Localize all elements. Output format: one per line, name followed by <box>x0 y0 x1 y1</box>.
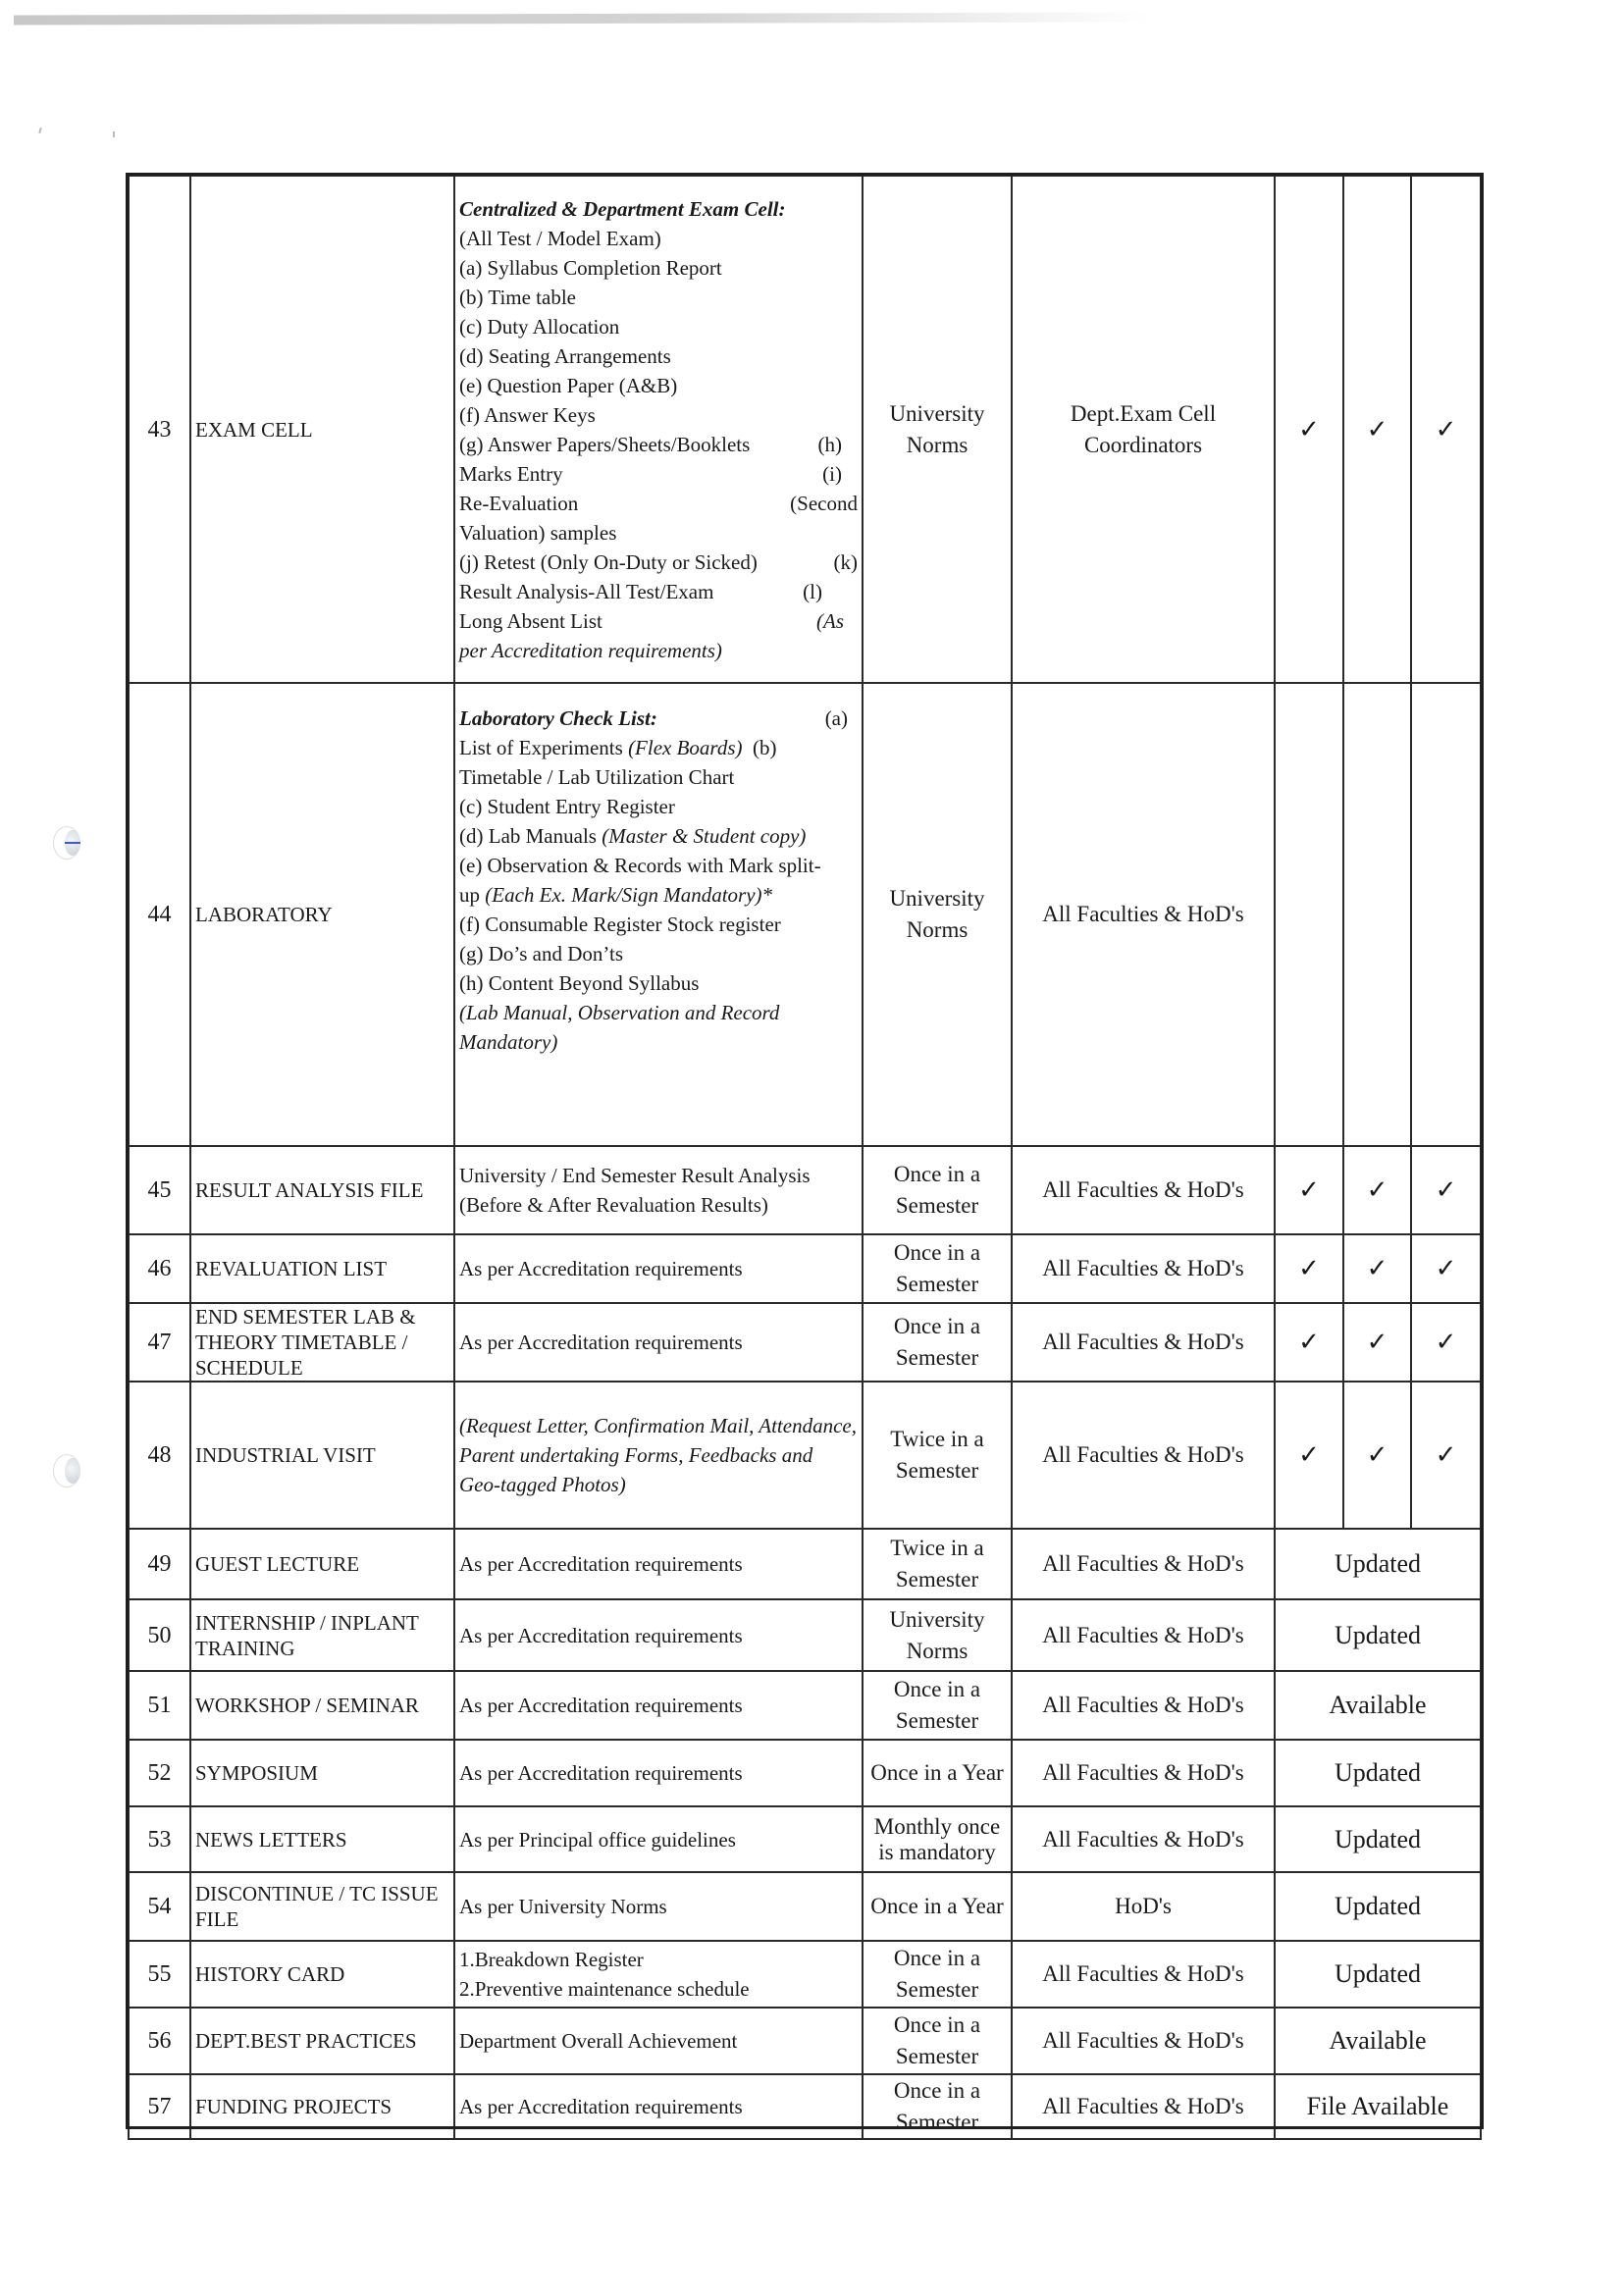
punch-hole-icon <box>53 826 80 860</box>
checkmark-cell <box>1343 683 1411 1146</box>
table-row: 45 RESULT ANALYSIS FILE University / End… <box>129 1146 1481 1234</box>
item-name: SYMPOSIUM <box>190 1740 454 1806</box>
description-line: List of Experiments (Flex Boards) (b) <box>459 733 858 762</box>
responsibility: All Faculties & HoD's <box>1012 2008 1275 2074</box>
description-line: (c) Duty Allocation <box>459 312 858 341</box>
description-line: (j) Retest (Only On-Duty or Sicked)(k) <box>459 548 858 577</box>
description-line: (d) Seating Arrangements <box>459 341 858 371</box>
description-line: (d) Lab Manuals (Master & Student copy) <box>459 821 858 851</box>
item-description: As per Accreditation requirements <box>454 1740 863 1806</box>
item-description: Laboratory Check List:(a) List of Experi… <box>454 683 863 1146</box>
item-name: GUEST LECTURE <box>190 1529 454 1599</box>
table-row: 57 FUNDING PROJECTS As per Accreditation… <box>129 2074 1481 2139</box>
checkmark-cell <box>1411 683 1481 1146</box>
table-row: 56 DEPT.BEST PRACTICES Department Overal… <box>129 2008 1481 2074</box>
description-heading: Laboratory Check List:(a) <box>459 704 858 733</box>
responsibility: All Faculties & HoD's <box>1012 1941 1275 2008</box>
item-name: DISCONTINUE / TC ISSUE FILE <box>190 1872 454 1941</box>
description-line: (g) Answer Papers/Sheets/Booklets(h) <box>459 430 858 459</box>
item-name: NEWS LETTERS <box>190 1806 454 1872</box>
table-row: 44 LABORATORY Laboratory Check List:(a) … <box>129 683 1481 1146</box>
description-line: (b) Time table <box>459 283 858 312</box>
item-name: HISTORY CARD <box>190 1941 454 2008</box>
serial-number: 45 <box>129 1146 190 1234</box>
responsibility: Dept.Exam Cell Coordinators <box>1012 176 1275 683</box>
checklist-table: 43 EXAM CELL Centralized & Department Ex… <box>128 175 1482 2140</box>
status: File Available <box>1275 2074 1481 2139</box>
status: Updated <box>1275 1529 1481 1599</box>
punch-hole-icon <box>53 1454 80 1487</box>
table-row: 55 HISTORY CARD 1.Breakdown Register 2.P… <box>129 1941 1481 2008</box>
item-description: Department Overall Achievement <box>454 2008 863 2074</box>
frequency: University Norms <box>863 176 1012 683</box>
serial-number: 57 <box>129 2074 190 2139</box>
table-row: 47 END SEMESTER LAB & THEORY TIMETABLE /… <box>129 1303 1481 1382</box>
frequency: Once in a Semester <box>863 1146 1012 1234</box>
responsibility: All Faculties & HoD's <box>1012 1806 1275 1872</box>
item-description: As per Accreditation requirements <box>454 1234 863 1303</box>
serial-number: 56 <box>129 2008 190 2074</box>
item-description: As per University Norms <box>454 1872 863 1941</box>
checkmark-icon: ✓ <box>1343 1303 1411 1382</box>
checkmark-icon: ✓ <box>1343 1234 1411 1303</box>
item-description: As per Accreditation requirements <box>454 2074 863 2139</box>
item-name: WORKSHOP / SEMINAR <box>190 1671 454 1740</box>
frequency: Twice in a Semester <box>863 1529 1012 1599</box>
checkmark-icon: ✓ <box>1411 1382 1481 1529</box>
frequency: Twice in a Semester <box>863 1382 1012 1529</box>
serial-number: 46 <box>129 1234 190 1303</box>
item-description: Centralized & Department Exam Cell: (All… <box>454 176 863 683</box>
frequency: Once in a Year <box>863 1872 1012 1941</box>
responsibility: All Faculties & HoD's <box>1012 1671 1275 1740</box>
table-row: 51 WORKSHOP / SEMINAR As per Accreditati… <box>129 1671 1481 1740</box>
description-line: (f) Consumable Register Stock register <box>459 910 858 939</box>
item-name: INDUSTRIAL VISIT <box>190 1382 454 1529</box>
table-row: 43 EXAM CELL Centralized & Department Ex… <box>129 176 1481 683</box>
frequency: Once in a Semester <box>863 1303 1012 1382</box>
description-line: Timetable / Lab Utilization Chart <box>459 762 858 792</box>
frequency: Once in a Semester <box>863 1941 1012 2008</box>
serial-number: 49 <box>129 1529 190 1599</box>
checkmark-icon: ✓ <box>1275 1234 1343 1303</box>
description-line: Re-Evaluation(Second <box>459 489 858 518</box>
responsibility: All Faculties & HoD's <box>1012 1382 1275 1529</box>
description-line: Long Absent List(As <box>459 606 858 636</box>
description-line: (f) Answer Keys <box>459 400 858 430</box>
serial-number: 44 <box>129 683 190 1146</box>
responsibility: HoD's <box>1012 1872 1275 1941</box>
checkmark-icon: ✓ <box>1275 1146 1343 1234</box>
frequency: Once in a Semester <box>863 1671 1012 1740</box>
table-row: 49 GUEST LECTURE As per Accreditation re… <box>129 1529 1481 1599</box>
item-name: EXAM CELL <box>190 176 454 683</box>
serial-number: 53 <box>129 1806 190 1872</box>
checkmark-icon: ✓ <box>1275 1382 1343 1529</box>
serial-number: 50 <box>129 1599 190 1671</box>
description-line: up (Each Ex. Mark/Sign Mandatory)* <box>459 880 858 910</box>
item-name: DEPT.BEST PRACTICES <box>190 2008 454 2074</box>
description-line: (All Test / Model Exam) <box>459 224 858 253</box>
responsibility: All Faculties & HoD's <box>1012 1234 1275 1303</box>
table-row: 52 SYMPOSIUM As per Accreditation requir… <box>129 1740 1481 1806</box>
scan-speck <box>38 128 41 133</box>
checkmark-icon: ✓ <box>1411 176 1481 683</box>
status: Available <box>1275 1671 1481 1740</box>
table-row: 54 DISCONTINUE / TC ISSUE FILE As per Un… <box>129 1872 1481 1941</box>
description-heading: Centralized & Department Exam Cell: <box>459 194 858 224</box>
item-description: As per Accreditation requirements <box>454 1671 863 1740</box>
item-name: RESULT ANALYSIS FILE <box>190 1146 454 1234</box>
responsibility: All Faculties & HoD's <box>1012 1529 1275 1599</box>
frequency: University Norms <box>863 683 1012 1146</box>
checkmark-icon: ✓ <box>1411 1234 1481 1303</box>
scan-artifact-strip <box>14 12 1152 25</box>
description-line: (e) Question Paper (A&B) <box>459 371 858 400</box>
serial-number: 54 <box>129 1872 190 1941</box>
serial-number: 48 <box>129 1382 190 1529</box>
description-line: 1.Breakdown Register <box>459 1945 858 1974</box>
serial-number: 52 <box>129 1740 190 1806</box>
item-name: END SEMESTER LAB & THEORY TIMETABLE / SC… <box>190 1303 454 1382</box>
serial-number: 43 <box>129 176 190 683</box>
item-description: As per Accreditation requirements <box>454 1303 863 1382</box>
frequency: Once in a Semester <box>863 2008 1012 2074</box>
item-description: University / End Semester Result Analysi… <box>454 1146 863 1234</box>
description-line: (g) Do’s and Don’ts <box>459 939 858 968</box>
status: Updated <box>1275 1599 1481 1671</box>
frequency: Once in a Year <box>863 1740 1012 1806</box>
responsibility: All Faculties & HoD's <box>1012 1740 1275 1806</box>
responsibility: All Faculties & HoD's <box>1012 683 1275 1146</box>
status: Updated <box>1275 1806 1481 1872</box>
frequency: Once in a Semester <box>863 1234 1012 1303</box>
responsibility: All Faculties & HoD's <box>1012 1303 1275 1382</box>
frequency: Once in a Semester <box>863 2074 1012 2139</box>
item-description: (Request Letter, Confirmation Mail, Atte… <box>454 1382 863 1529</box>
description-line: (a) Syllabus Completion Report <box>459 253 858 283</box>
table-row: 53 NEWS LETTERS As per Principal office … <box>129 1806 1481 1872</box>
item-description: As per Accreditation requirements <box>454 1599 863 1671</box>
checkmark-icon: ✓ <box>1275 1303 1343 1382</box>
description-line: 2.Preventive maintenance schedule <box>459 1974 858 2004</box>
status: Updated <box>1275 1941 1481 2008</box>
responsibility: All Faculties & HoD's <box>1012 2074 1275 2139</box>
description-line: Valuation) samples <box>459 518 858 548</box>
description-line: Marks Entry(i) <box>459 459 858 489</box>
item-name: REVALUATION LIST <box>190 1234 454 1303</box>
table-row: 50 INTERNSHIP / INPLANT TRAINING As per … <box>129 1599 1481 1671</box>
table-row: 48 INDUSTRIAL VISIT (Request Letter, Con… <box>129 1382 1481 1529</box>
description-line: Result Analysis-All Test/Exam(l) <box>459 577 858 606</box>
status: Available <box>1275 2008 1481 2074</box>
checkmark-icon: ✓ <box>1411 1303 1481 1382</box>
description-line: (e) Observation & Records with Mark spli… <box>459 851 858 880</box>
serial-number: 51 <box>129 1671 190 1740</box>
item-name: INTERNSHIP / INPLANT TRAINING <box>190 1599 454 1671</box>
checkmark-icon: ✓ <box>1343 1382 1411 1529</box>
frequency: Monthly once is mandatory <box>863 1806 1012 1872</box>
checkmark-icon: ✓ <box>1343 1146 1411 1234</box>
status: Updated <box>1275 1872 1481 1941</box>
checkmark-icon: ✓ <box>1343 176 1411 683</box>
serial-number: 55 <box>129 1941 190 2008</box>
item-name: LABORATORY <box>190 683 454 1146</box>
item-name: FUNDING PROJECTS <box>190 2074 454 2139</box>
responsibility: All Faculties & HoD's <box>1012 1599 1275 1671</box>
frequency: University Norms <box>863 1599 1012 1671</box>
status: Updated <box>1275 1740 1481 1806</box>
checkmark-icon: ✓ <box>1411 1146 1481 1234</box>
item-description: As per Accreditation requirements <box>454 1529 863 1599</box>
description-line: (Lab Manual, Observation and Record Mand… <box>459 998 858 1057</box>
item-description: 1.Breakdown Register 2.Preventive mainte… <box>454 1941 863 2008</box>
description-line: (h) Content Beyond Syllabus <box>459 968 858 998</box>
serial-number: 47 <box>129 1303 190 1382</box>
responsibility: All Faculties & HoD's <box>1012 1146 1275 1234</box>
description-line: (c) Student Entry Register <box>459 792 858 821</box>
scan-speck <box>113 131 115 137</box>
checkmark-cell <box>1275 683 1343 1146</box>
table-row: 46 REVALUATION LIST As per Accreditation… <box>129 1234 1481 1303</box>
checkmark-icon: ✓ <box>1275 176 1343 683</box>
item-description: As per Principal office guidelines <box>454 1806 863 1872</box>
description-line: per Accreditation requirements) <box>459 636 858 665</box>
